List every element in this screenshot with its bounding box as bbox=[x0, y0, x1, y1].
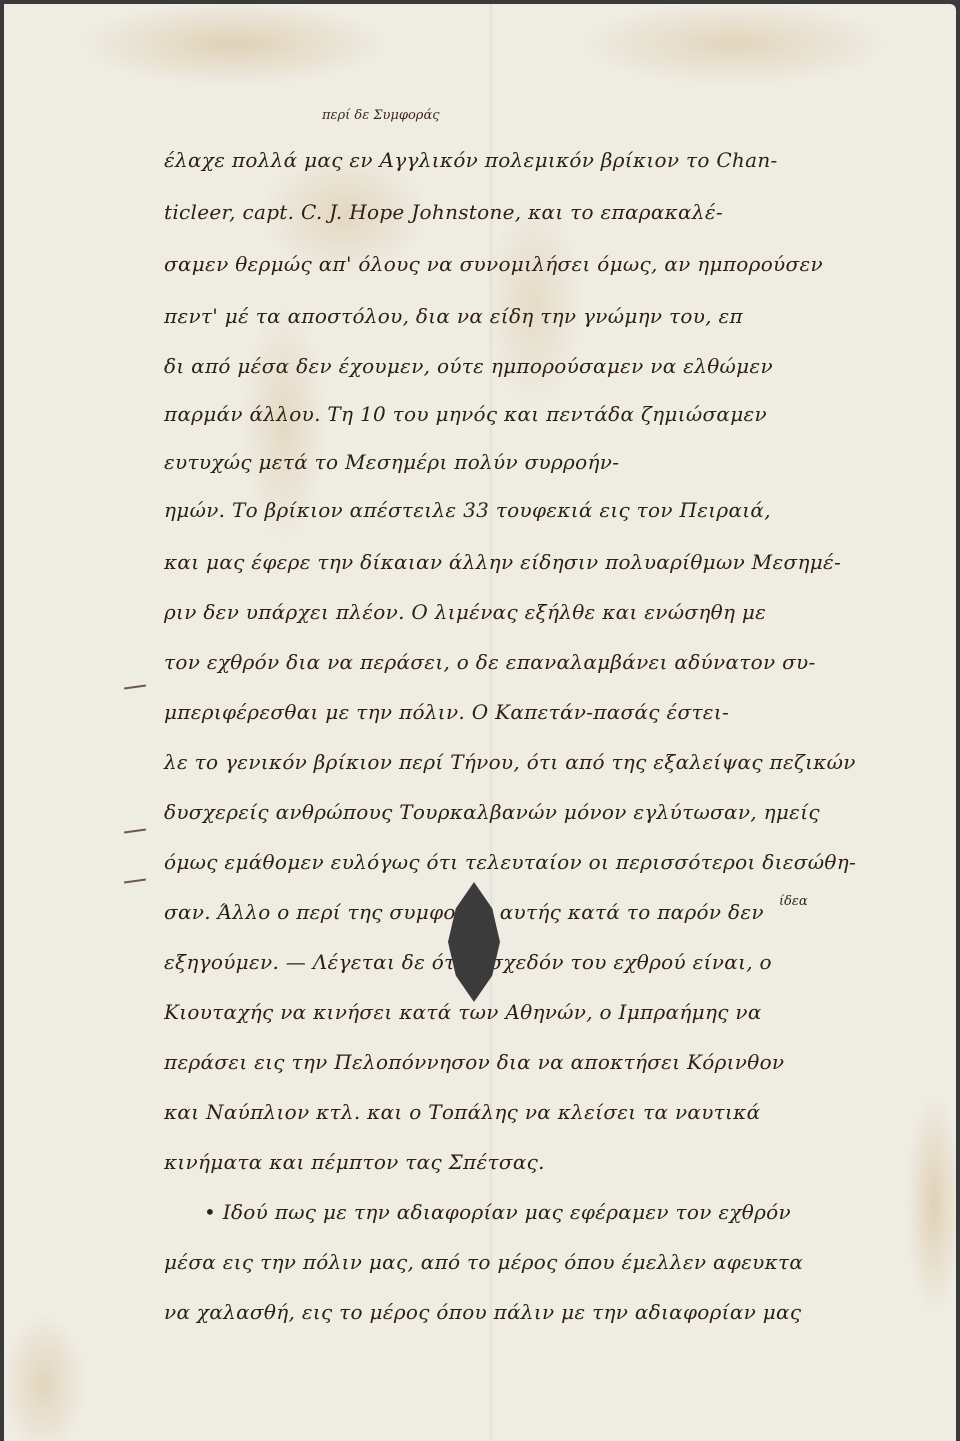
text-line: δι από μέσα δεν έχουμεν, ούτε ημπορούσαμ… bbox=[164, 354, 954, 378]
margin-mark bbox=[124, 878, 146, 883]
text-line: εξηγούμεν. — Λέγεται δε ότι ο σχεδόν του… bbox=[164, 950, 954, 974]
text-line: δυσχερείς ανθρώπους Τουρκαλβανών μόνον ε… bbox=[164, 800, 954, 824]
text-line: • Ιδού πως με την αδιαφορίαν μας εφέραμε… bbox=[204, 1200, 960, 1224]
text-line: έλαχε πολλά μας εν Αγγλικόν πολεμικόν βρ… bbox=[164, 148, 954, 172]
manuscript-page: περί δε Συμφοράς έλαχε πολλά μας εν Αγγλ… bbox=[4, 4, 956, 1441]
text-line: πεντ' μέ τα αποστόλου, δια να είδη την γ… bbox=[164, 304, 954, 328]
text-line: Κιουταχής να κινήσει κατά των Αθηνών, ο … bbox=[164, 1000, 954, 1024]
text-line: σαν. Άλλο ο περί της συμφοράς αυτής κατά… bbox=[164, 900, 954, 924]
text-line: όμως εμάθομεν ευλόγως ότι τελευταίον οι … bbox=[164, 850, 954, 874]
text-line: μέσα εις την πόλιν μας, από το μέρος όπο… bbox=[164, 1250, 954, 1274]
text-line: ριν δεν υπάρχει πλέον. Ο λιμένας εξήλθε … bbox=[164, 600, 954, 624]
margin-mark bbox=[124, 684, 146, 689]
text-line: ticleer, capt. C. J. Hope Johnstone, και… bbox=[164, 200, 954, 224]
text-line: σαμεν θερμώς απ' όλους να συνομιλήσει όμ… bbox=[164, 252, 954, 276]
text-line: τον εχθρόν δια να περάσει, ο δε επαναλαμ… bbox=[164, 650, 954, 674]
text-line: να χαλασθή, εις το μέρος όπου πάλιν με τ… bbox=[164, 1300, 954, 1324]
text-line: παρμάν άλλου. Τη 10 του μηνός και πεντάδ… bbox=[164, 402, 954, 426]
text-line: κινήματα και πέμπτον τας Σπέτσας. bbox=[164, 1150, 954, 1174]
text-line: και μας έφερε την δίκαιαν άλλην είδησιν … bbox=[164, 550, 954, 574]
margin-mark bbox=[124, 828, 146, 833]
text-line: ημών. Το βρίκιον απέστειλε 33 τουφεκιά ε… bbox=[164, 498, 954, 522]
text-line: μπεριφέρεσθαι με την πόλιν. Ο Καπετάν-πα… bbox=[164, 700, 954, 724]
text-line: λε το γενικόν βρίκιον περί Τήνου, ότι απ… bbox=[164, 750, 954, 774]
text-line: περάσει εις την Πελοπόννησον δια να αποκ… bbox=[164, 1050, 954, 1074]
interlinear-insertion: ίδεα bbox=[779, 894, 808, 909]
text-line: ευτυχώς μετά το Μεσημέρι πολύν συρροήν- bbox=[164, 450, 954, 474]
text-line: και Ναύπλιον κτλ. και ο Τοπάλης να κλείσ… bbox=[164, 1100, 954, 1124]
interlinear-note: περί δε Συμφοράς bbox=[322, 108, 440, 123]
